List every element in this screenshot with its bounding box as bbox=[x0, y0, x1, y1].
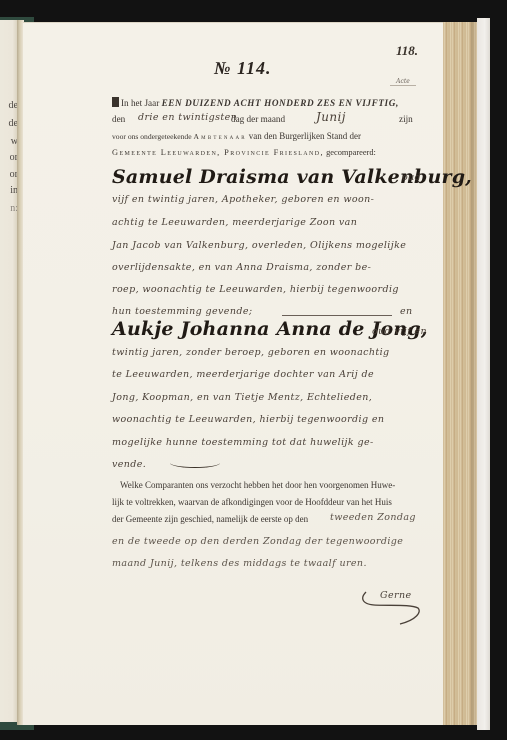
handwritten-line: maand Junij, telkens des middags te twaa… bbox=[112, 558, 367, 569]
printed-label-zijn: zijn bbox=[399, 114, 419, 124]
left-page-fragment: or bbox=[0, 153, 18, 163]
handwritten-line: twintig jaren, zonder beroep, geboren en… bbox=[112, 347, 390, 358]
left-page-fragment: de bbox=[0, 101, 18, 111]
page-number: 118. bbox=[396, 43, 418, 59]
handwritten-line: achtig te Leeuwarden, meerderjarige Zoon… bbox=[112, 217, 357, 228]
act-number: № 114. bbox=[214, 58, 271, 79]
printed-line-municipality: Gemeente Leeuwarden, Provincie Friesland… bbox=[112, 148, 422, 157]
printed-line-year: In het Jaar EEN DUIZEND ACHT HONDERD ZES… bbox=[112, 97, 422, 108]
printed-label-month: dag der maand bbox=[231, 114, 311, 124]
printed-text: gecompareerd: bbox=[326, 148, 376, 157]
previous-page-edge: de de w or or in n: bbox=[0, 20, 18, 725]
signature-text: Gerne bbox=[380, 590, 412, 601]
printed-text: van den Burgerlijken Stand der bbox=[249, 131, 361, 141]
handwritten-line: vende. bbox=[112, 459, 146, 470]
left-page-fragment: de bbox=[0, 119, 18, 129]
margin-note: Acte bbox=[390, 78, 416, 86]
printed-text: Gemeente Leeuwarden, Provincie Friesland… bbox=[112, 148, 324, 157]
printed-line-proclamations: lijk te voltrekken, waarvan de afkondigi… bbox=[112, 497, 422, 507]
handwritten-line: te Leeuwarden, meerderjarige dochter van… bbox=[112, 369, 374, 380]
handwritten-line: vijf en twintig jaren, Apotheker, gebore… bbox=[112, 194, 374, 205]
handwritten-line: Jan Jacob van Valkenburg, overleden, Oli… bbox=[112, 240, 406, 251]
handwritten-line: hun toestemming gevende; bbox=[112, 306, 252, 317]
handwritten-proclamation-1: tweeden Zondag bbox=[330, 512, 416, 523]
handwritten-line: mogelijke hunne toestemming tot dat huwe… bbox=[112, 437, 374, 448]
printed-text: Ambtenaar bbox=[193, 132, 246, 141]
scan-viewer: de de w or or in n: 118. № 114. Acte In … bbox=[0, 0, 507, 740]
flourish-mark bbox=[170, 458, 220, 468]
handwritten-line: Jong, Koopman, en van Tietje Mentz, Echt… bbox=[112, 392, 372, 403]
handwritten-line: overlijdensakte, en van Anna Draisma, zo… bbox=[112, 262, 371, 273]
left-page-fragment: or bbox=[0, 170, 18, 180]
left-page-fragment: n: bbox=[0, 204, 18, 214]
printed-line-first-proclamation: der Gemeente zijn geschied, namelijk de … bbox=[112, 514, 327, 524]
handwritten-day: drie en twintigsten bbox=[138, 112, 237, 123]
handwritten-line: woonachtig te Leeuwarden, hierbij tegenw… bbox=[112, 414, 384, 425]
printed-text: In het Jaar bbox=[121, 98, 159, 108]
handwritten-month: Junij bbox=[316, 110, 346, 124]
handwritten-line: oud vijf en bbox=[372, 326, 427, 337]
printed-text: voor ons ondergeteekende bbox=[112, 132, 192, 141]
book-cover-right bbox=[477, 18, 490, 730]
year-text: EEN DUIZEND ACHT HONDERD ZES EN VIJFTIG, bbox=[162, 98, 399, 108]
line-filler bbox=[282, 315, 392, 316]
left-page-fragment: w bbox=[0, 137, 18, 147]
handwritten-line: en de tweede op den derden Zondag der te… bbox=[112, 536, 403, 547]
printed-line-request: Welke Comparanten ons verzocht hebben he… bbox=[120, 480, 430, 490]
left-page-fragment: in bbox=[0, 186, 18, 196]
handwritten-line: oud bbox=[402, 172, 421, 183]
handwritten-connector: en bbox=[400, 306, 413, 317]
printed-line-official: voor ons ondergeteekende Ambtenaar van d… bbox=[112, 131, 422, 141]
signature-official: Gerne bbox=[360, 590, 422, 618]
handwritten-line: roep, woonachtig te Leeuwarden, hierbij … bbox=[112, 284, 399, 295]
drop-cap bbox=[112, 97, 119, 107]
